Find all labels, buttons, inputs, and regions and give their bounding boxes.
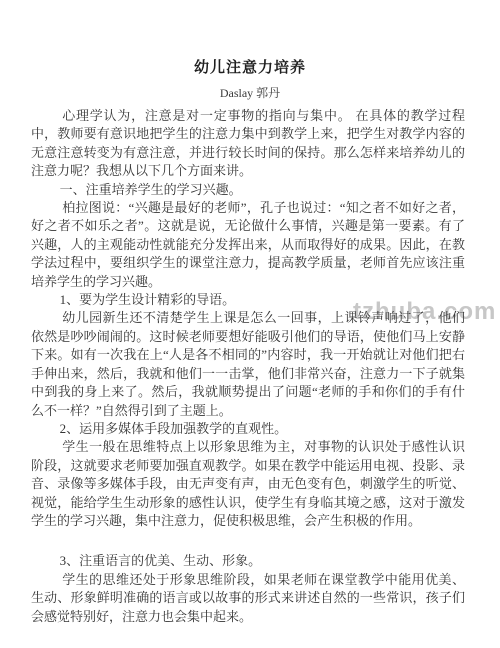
body-paragraph: 幼儿园新生还不清楚学生上课是怎么一回事，上课铃声响过了，他们依然是吵吵闹闹的。这… xyxy=(31,309,465,419)
body-paragraph: 学生一般在思维特点上以形象思维为主，对事物的认识处于感性认识阶段，这就要求老师要… xyxy=(31,438,465,530)
document-body: 心理学认为，注意是对一定事物的指向与集中。 在具体的教学过程中，教师要有意识地把… xyxy=(31,107,465,626)
page-title: 幼儿注意力培养 xyxy=(0,58,500,78)
paragraph-spacer xyxy=(31,530,465,552)
author-line: Daslay 郭丹 xyxy=(0,85,500,101)
section-heading: 2、运用多媒体手段加强教学的直观性。 xyxy=(31,420,465,438)
section-heading: 3、注重语言的优美、生动、形象。 xyxy=(31,552,465,570)
body-paragraph: 心理学认为，注意是对一定事物的指向与集中。 在具体的教学过程中，教师要有意识地把… xyxy=(31,107,465,181)
document-page: tzhuba.com 幼儿注意力培养 Daslay 郭丹 心理学认为，注意是对一… xyxy=(0,0,500,648)
document-header: 幼儿注意力培养 Daslay 郭丹 xyxy=(0,0,500,101)
section-heading: 一、注重培养学生的学习兴趣。 xyxy=(31,181,465,199)
section-heading: 1、要为学生设计精彩的导语。 xyxy=(31,291,465,309)
body-paragraph: 学生的思维还处于形象思维阶段，如果老师在课堂教学中能用优美、生动、形象鲜明准确的… xyxy=(31,571,465,626)
body-paragraph: 柏拉图说：“兴趣是最好的老师”，孔子也说过：“知之者不如好之者，好之者不如乐之者… xyxy=(31,199,465,291)
